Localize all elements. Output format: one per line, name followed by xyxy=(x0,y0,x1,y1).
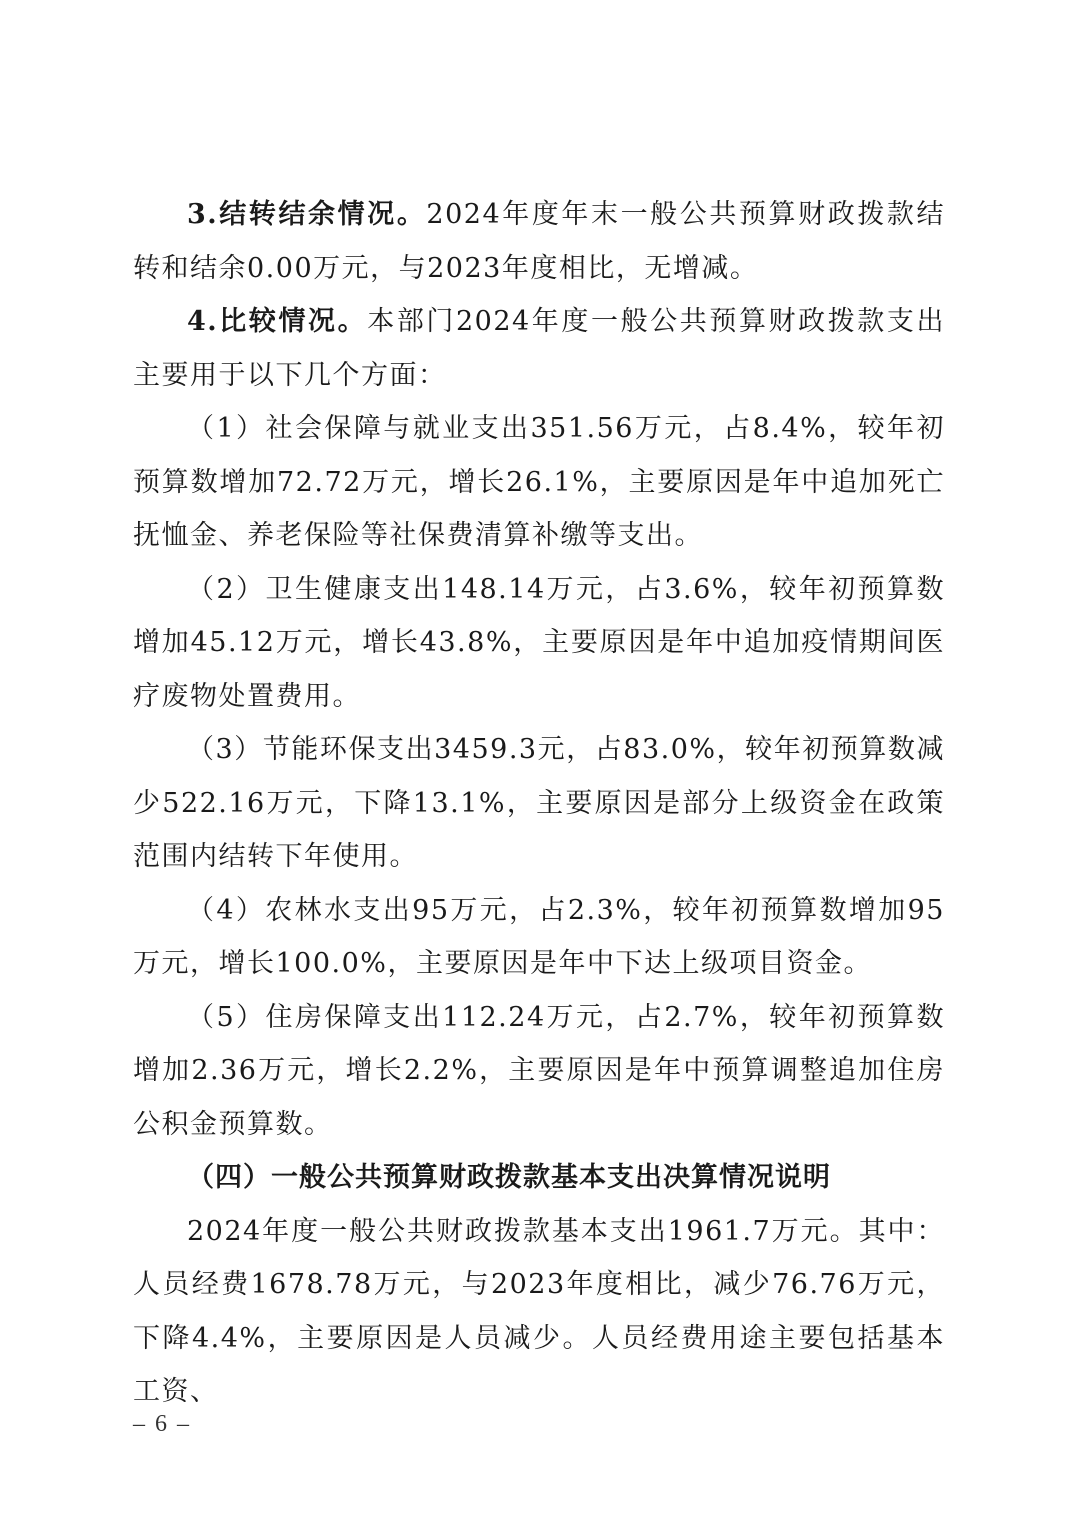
list-item-agriculture: （4）农林水支出95万元，占2.3%，较年初预算数增加95万元，增长100.0%… xyxy=(133,884,945,991)
page-number: – 6 – xyxy=(133,1411,191,1438)
paragraph-text: （5）住房保障支出112.24万元，占2.7%，较年初预算数增加2.36万元，增… xyxy=(133,1002,945,1140)
paragraph-lead: 4.比较情况。 xyxy=(187,306,367,337)
document-page: 3.结转结余情况。2024年度年末一般公共预算财政拨款结转和结余0.00万元，与… xyxy=(133,188,945,1419)
paragraph-text: （1）社会保障与就业支出351.56万元，占8.4%，较年初预算数增加72.72… xyxy=(133,413,945,551)
paragraph-comparison: 4.比较情况。本部门2024年度一般公共预算财政拨款支出主要用于以下几个方面： xyxy=(133,295,945,402)
paragraph-lead: 3.结转结余情况。 xyxy=(187,199,426,230)
list-item-health: （2）卫生健康支出148.14万元，占3.6%，较年初预算数增加45.12万元，… xyxy=(133,563,945,724)
paragraph-carryover: 3.结转结余情况。2024年度年末一般公共预算财政拨款结转和结余0.00万元，与… xyxy=(133,188,945,295)
section-heading: （四）一般公共预算财政拨款基本支出决算情况说明 xyxy=(133,1151,945,1205)
paragraph-basic-expenditure: 2024年度一般公共财政拨款基本支出1961.7万元。其中：人员经费1678.7… xyxy=(133,1205,945,1419)
list-item-social-security: （1）社会保障与就业支出351.56万元，占8.4%，较年初预算数增加72.72… xyxy=(133,402,945,563)
list-item-housing: （5）住房保障支出112.24万元，占2.7%，较年初预算数增加2.36万元，增… xyxy=(133,991,945,1152)
list-item-environment: （3）节能环保支出3459.3元，占83.0%，较年初预算数减少522.16万元… xyxy=(133,723,945,884)
paragraph-text: （4）农林水支出95万元，占2.3%，较年初预算数增加95万元，增长100.0%… xyxy=(133,895,945,980)
paragraph-text: （3）节能环保支出3459.3元，占83.0%，较年初预算数减少522.16万元… xyxy=(133,734,945,872)
paragraph-text: （2）卫生健康支出148.14万元，占3.6%，较年初预算数增加45.12万元，… xyxy=(133,574,945,712)
